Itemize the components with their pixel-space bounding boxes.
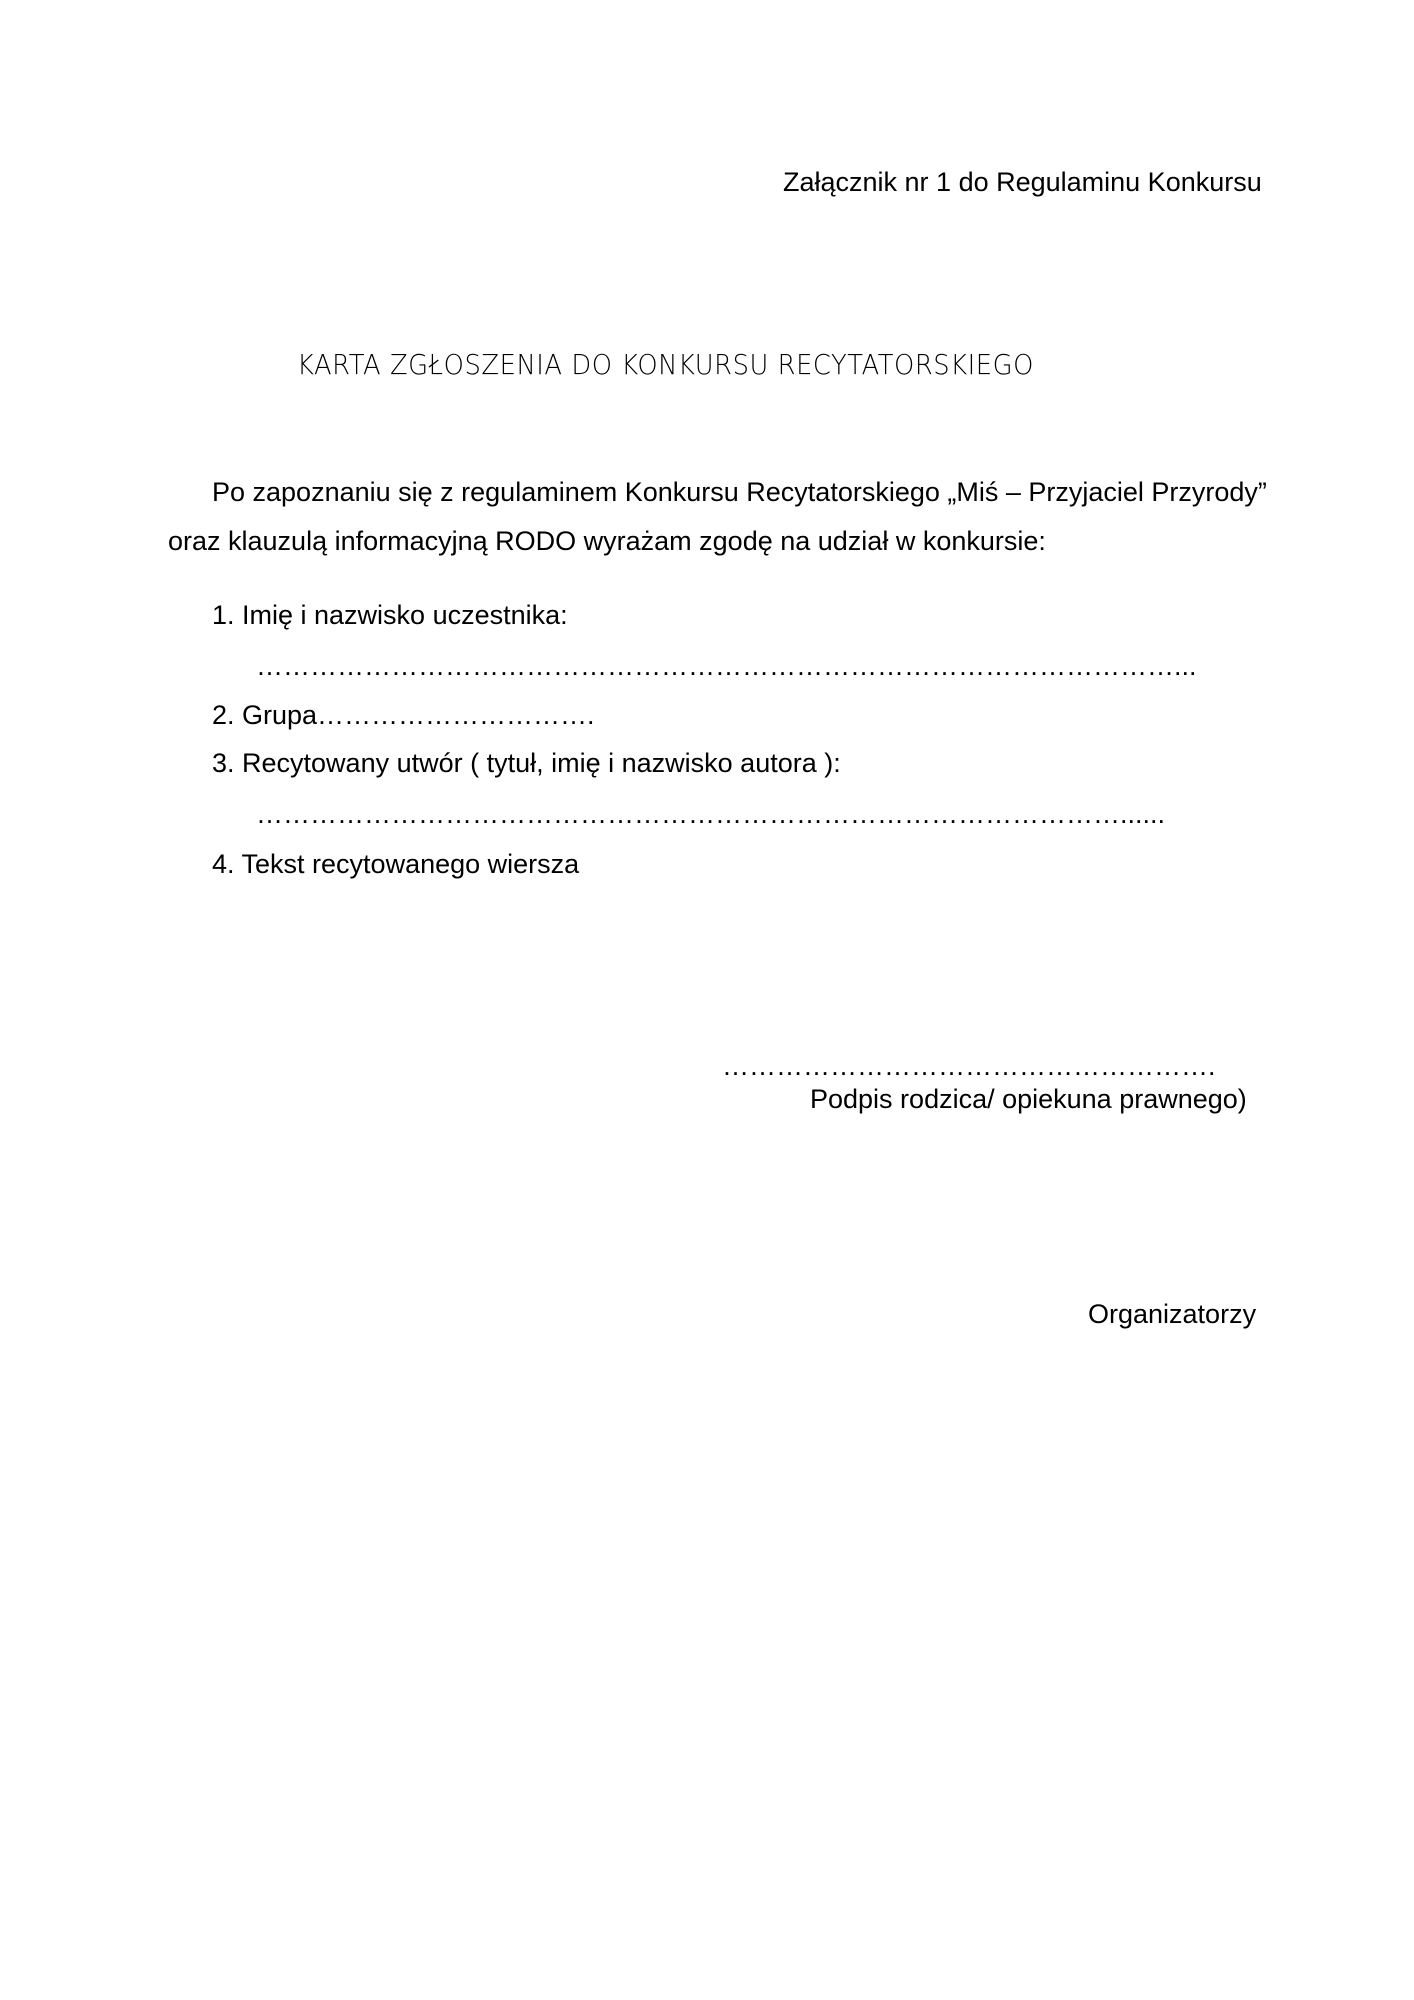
intro-paragraph-line-2: oraz klauzulą informacyjną RODO wyrażam …	[168, 523, 1046, 559]
field-recited-work-label: 3. Recytowany utwór ( tytuł, imię i nazw…	[212, 745, 841, 781]
field-participant-name-line[interactable]: …………………………………………………………………………………………...	[256, 648, 1197, 684]
field-recited-work-line[interactable]: ……………………………………………………………………………………......	[256, 796, 1165, 832]
signature-line[interactable]: ……………………………………………….	[722, 1048, 1216, 1084]
organizers-label: Organizatorzy	[1088, 1296, 1256, 1332]
annex-label: Załącznik nr 1 do Regulaminu Konkursu	[783, 164, 1262, 200]
document-title-text: KARTA ZGŁOSZENIA DO KONKURSU RECYTATORSK…	[297, 347, 1034, 383]
field-poem-text-label: 4. Tekst recytowanego wiersza	[212, 846, 579, 882]
field-group-label[interactable]: 2. Grupa………………………….	[212, 697, 595, 733]
field-participant-name-label: 1. Imię i nazwisko uczestnika:	[212, 597, 568, 633]
intro-paragraph-line-1: Po zapoznaniu się z regulaminem Konkursu…	[212, 474, 1267, 510]
signature-label: Podpis rodzica/ opiekuna prawnego)	[810, 1081, 1247, 1117]
